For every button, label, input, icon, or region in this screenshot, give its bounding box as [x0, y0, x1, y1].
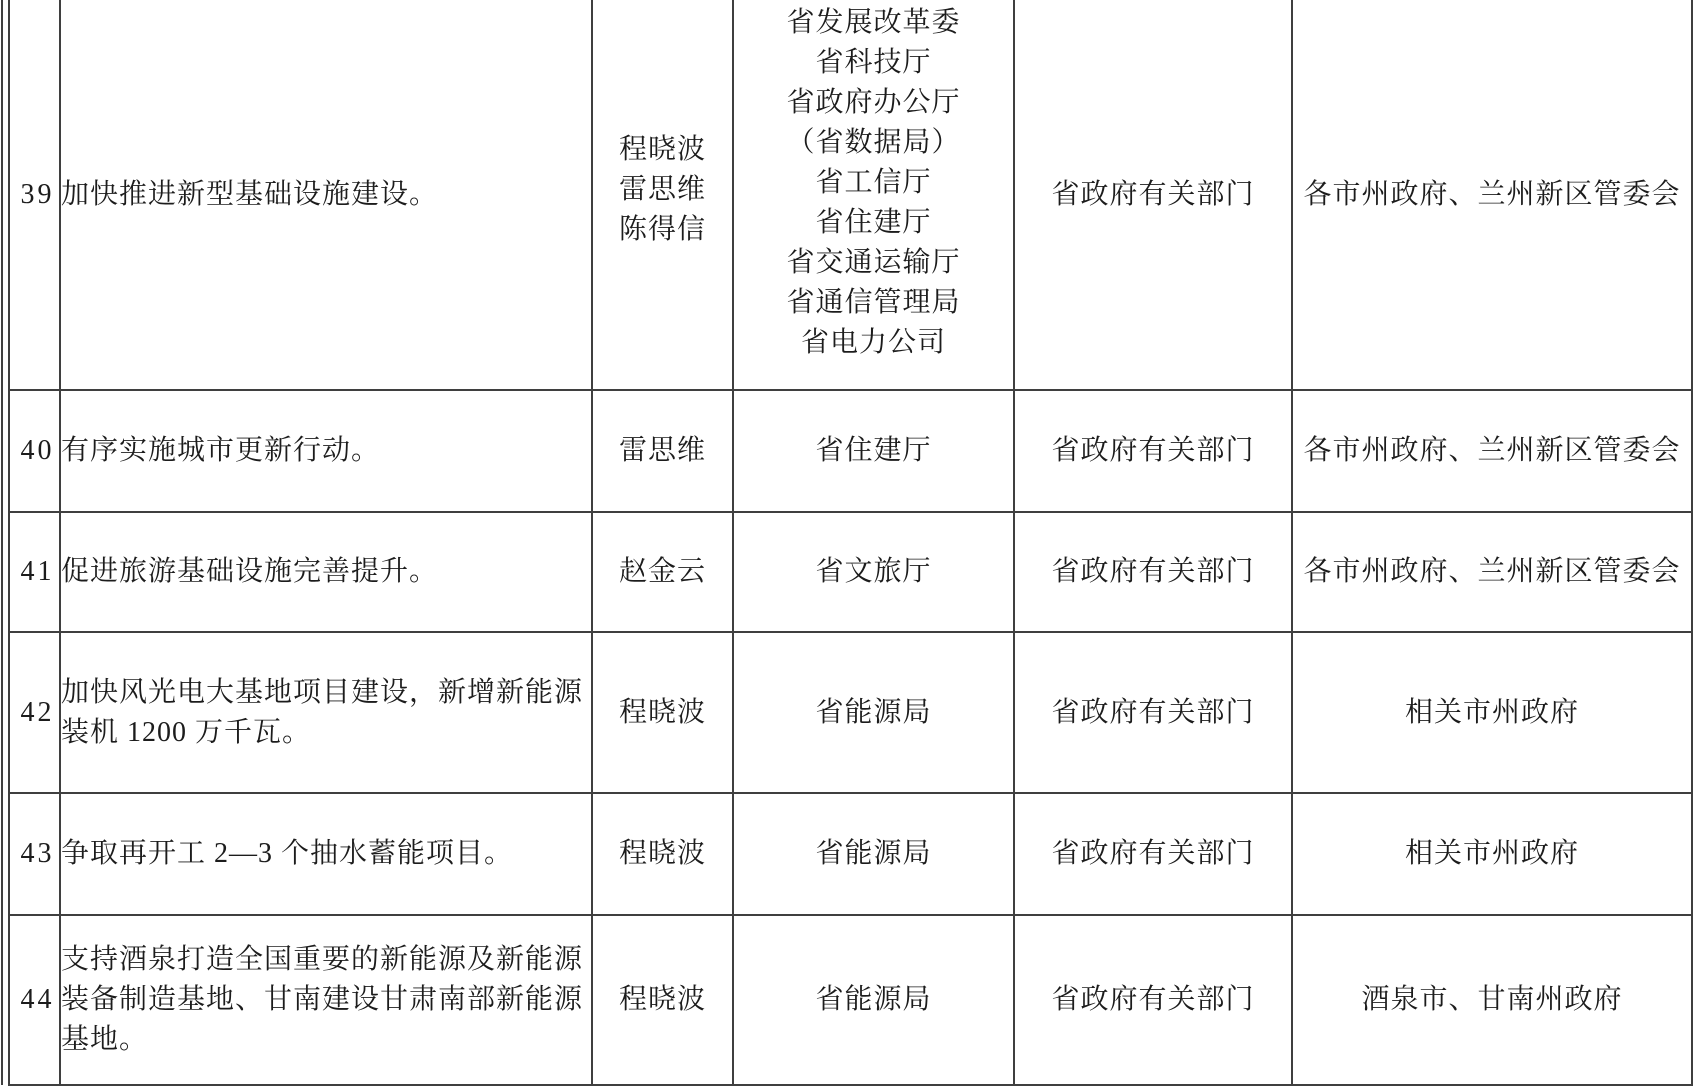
local-government: 酒泉市、甘南州政府 — [1361, 980, 1622, 1020]
responsible-person: 程晓波 — [619, 834, 706, 874]
task-cell: 加快推进新型基础设施建设。 — [60, 0, 592, 390]
lead-dept-cell: 省住建厅 — [733, 390, 1014, 512]
row-number: 41 — [18, 552, 55, 592]
responsible-person: 程晓波 雷思维 陈得信 — [619, 130, 706, 250]
person-cell: 程晓波 — [592, 915, 733, 1085]
support-dept-cell: 省政府有关部门 — [1014, 512, 1292, 632]
table-outer-left-border — [1, 0, 3, 1085]
table-row: 41 促进旅游基础设施完善提升。 赵金云 省文旅厅 省政府有关部门 各市州政府、… — [9, 512, 1692, 632]
lead-dept-cell: 省能源局 — [733, 793, 1014, 915]
task-cell: 争取再开工 2—3 个抽水蓄能项目。 — [60, 793, 592, 915]
row-number-cell: 42 — [9, 632, 60, 793]
task-cell: 加快风光电大基地项目建设，新增新能源 装机 1200 万千瓦。 — [60, 632, 592, 793]
lead-department: 省住建厅 — [815, 431, 931, 471]
task-cell: 促进旅游基础设施完善提升。 — [60, 512, 592, 632]
responsible-person: 程晓波 — [619, 980, 706, 1020]
local-government: 各市州政府、兰州新区管委会 — [1303, 431, 1680, 471]
lead-department: 省文旅厅 — [815, 552, 931, 592]
support-department: 省政府有关部门 — [1051, 431, 1254, 471]
lead-dept-cell: 省能源局 — [733, 632, 1014, 793]
task-text: 有序实施城市更新行动。 — [61, 431, 380, 471]
task-cell: 有序实施城市更新行动。 — [60, 390, 592, 512]
table-row: 42 加快风光电大基地项目建设，新增新能源 装机 1200 万千瓦。 程晓波 省… — [9, 632, 1692, 793]
lead-dept-cell: 省文旅厅 — [733, 512, 1014, 632]
document-page: { "colors": { "background": "#ffffff", "… — [0, 0, 1697, 1089]
row-number-cell: 44 — [9, 915, 60, 1085]
person-cell: 程晓波 — [592, 632, 733, 793]
lead-department: 省发展改革委 省科技厅 省政府办公厅 （省数据局） 省工信厅 省住建厅 省交通运… — [786, 3, 960, 363]
local-gov-cell: 各市州政府、兰州新区管委会 — [1292, 512, 1692, 632]
support-department: 省政府有关部门 — [1051, 175, 1254, 215]
support-department: 省政府有关部门 — [1051, 693, 1254, 733]
person-cell: 程晓波 — [592, 793, 733, 915]
table-row: 43 争取再开工 2—3 个抽水蓄能项目。 程晓波 省能源局 省政府有关部门 相… — [9, 793, 1692, 915]
row-number-cell: 40 — [9, 390, 60, 512]
support-dept-cell: 省政府有关部门 — [1014, 0, 1292, 390]
responsible-person: 赵金云 — [619, 552, 706, 592]
row-number: 39 — [18, 175, 55, 215]
lead-department: 省能源局 — [815, 980, 931, 1020]
local-gov-cell: 各市州政府、兰州新区管委会 — [1292, 390, 1692, 512]
support-department: 省政府有关部门 — [1051, 834, 1254, 874]
local-government: 各市州政府、兰州新区管委会 — [1303, 175, 1680, 215]
task-text: 促进旅游基础设施完善提升。 — [61, 552, 438, 592]
row-number: 40 — [18, 431, 55, 471]
row-number-cell: 41 — [9, 512, 60, 632]
row-number: 43 — [18, 834, 55, 874]
task-text: 争取再开工 2—3 个抽水蓄能项目。 — [61, 834, 513, 874]
lead-dept-cell: 省能源局 — [733, 915, 1014, 1085]
responsible-person: 雷思维 — [619, 431, 706, 471]
row-number: 42 — [18, 693, 55, 733]
local-government: 相关市州政府 — [1405, 834, 1579, 874]
table-row: 39 加快推进新型基础设施建设。 程晓波 雷思维 陈得信 省发展改革委 省科技厅… — [9, 0, 1692, 390]
local-gov-cell: 各市州政府、兰州新区管委会 — [1292, 0, 1692, 390]
support-dept-cell: 省政府有关部门 — [1014, 632, 1292, 793]
support-dept-cell: 省政府有关部门 — [1014, 915, 1292, 1085]
task-cell: 支持酒泉打造全国重要的新能源及新能源 装备制造基地、甘南建设甘肃南部新能源 基地… — [60, 915, 592, 1085]
table-row: 44 支持酒泉打造全国重要的新能源及新能源 装备制造基地、甘南建设甘肃南部新能源… — [9, 915, 1692, 1085]
support-department: 省政府有关部门 — [1051, 552, 1254, 592]
person-cell: 程晓波 雷思维 陈得信 — [592, 0, 733, 390]
person-cell: 赵金云 — [592, 512, 733, 632]
row-number-cell: 39 — [9, 0, 60, 390]
person-cell: 雷思维 — [592, 390, 733, 512]
responsible-person: 程晓波 — [619, 693, 706, 733]
task-text: 加快风光电大基地项目建设，新增新能源 装机 1200 万千瓦。 — [61, 673, 583, 753]
row-number: 44 — [18, 980, 55, 1020]
row-number-cell: 43 — [9, 793, 60, 915]
support-dept-cell: 省政府有关部门 — [1014, 390, 1292, 512]
lead-department: 省能源局 — [815, 834, 931, 874]
support-department: 省政府有关部门 — [1051, 980, 1254, 1020]
table-row: 40 有序实施城市更新行动。 雷思维 省住建厅 省政府有关部门 各市州政府、兰州… — [9, 390, 1692, 512]
task-assignment-table: 39 加快推进新型基础设施建设。 程晓波 雷思维 陈得信 省发展改革委 省科技厅… — [8, 0, 1693, 1086]
local-gov-cell: 酒泉市、甘南州政府 — [1292, 915, 1692, 1085]
support-dept-cell: 省政府有关部门 — [1014, 793, 1292, 915]
task-text: 支持酒泉打造全国重要的新能源及新能源 装备制造基地、甘南建设甘肃南部新能源 基地… — [61, 940, 583, 1060]
lead-dept-cell: 省发展改革委 省科技厅 省政府办公厅 （省数据局） 省工信厅 省住建厅 省交通运… — [733, 0, 1014, 390]
task-text: 加快推进新型基础设施建设。 — [61, 175, 438, 215]
local-government: 各市州政府、兰州新区管委会 — [1303, 552, 1680, 592]
task-table-body: 39 加快推进新型基础设施建设。 程晓波 雷思维 陈得信 省发展改革委 省科技厅… — [9, 0, 1692, 1085]
lead-department: 省能源局 — [815, 693, 931, 733]
local-gov-cell: 相关市州政府 — [1292, 632, 1692, 793]
local-government: 相关市州政府 — [1405, 693, 1579, 733]
local-gov-cell: 相关市州政府 — [1292, 793, 1692, 915]
